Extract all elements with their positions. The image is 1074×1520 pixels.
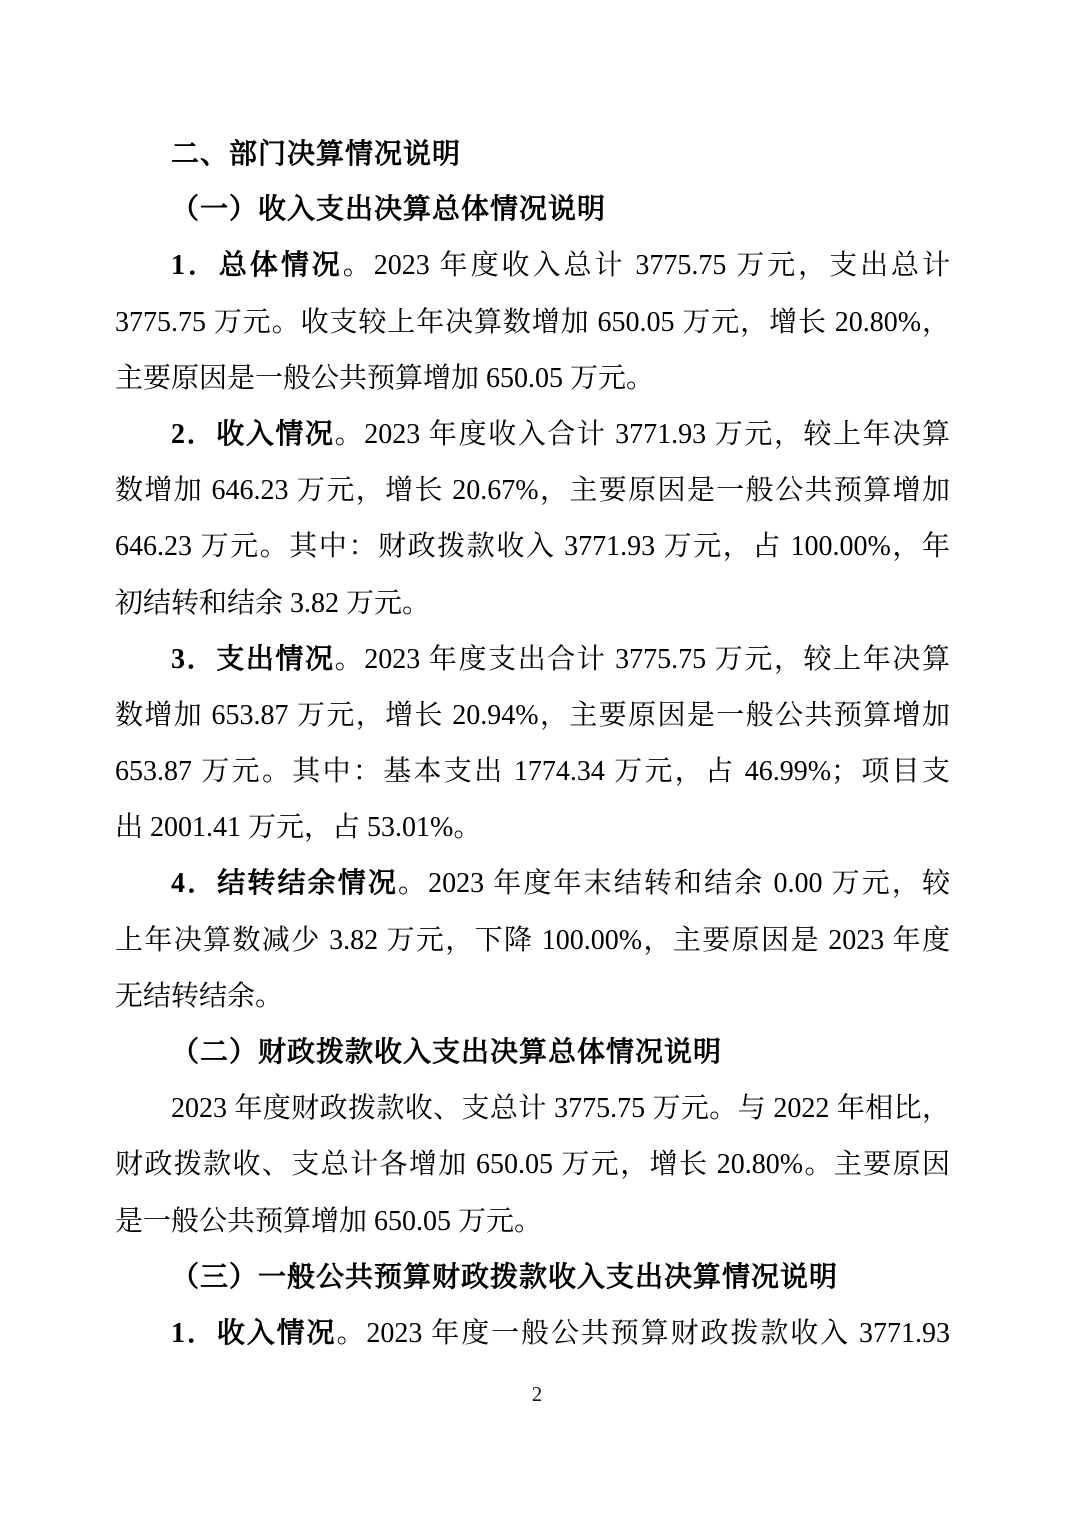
text-line: 653.87 万元。其中：基本支出 1774.34 万元，占 46.99%；项目… (115, 744, 950, 800)
text-run: （二）财政拨款收入支出决算总体情况说明 (171, 1037, 722, 1068)
text-run: 1．总体情况 (171, 250, 343, 281)
text-line: 1．总体情况。2023 年度收入总计 3775.75 万元，支出总计 (115, 238, 950, 294)
text-line: 1．收入情况。2023 年度一般公共预算财政拨款收入 3771.93 (115, 1306, 950, 1362)
text-run: 主要原因是一般公共预算增加 650.05 万元。 (115, 363, 654, 394)
text-run: 2．收入情况 (171, 419, 335, 450)
heading-line: （三）一般公共预算财政拨款收入支出决算情况说明 (115, 1250, 950, 1306)
text-run: （一）收入支出决算总体情况说明 (171, 194, 606, 225)
text-line: 数增加 646.23 万元，增长 20.67%，主要原因是一般公共预算增加 (115, 463, 950, 519)
text-run: 653.87 万元。其中：基本支出 1774.34 万元，占 46.99%；项目… (115, 756, 950, 787)
text-run: 初结转和结余 3.82 万元。 (115, 588, 430, 619)
text-run: 4．结转结余情况 (171, 868, 398, 899)
text-line: 财政拨款收、支总计各增加 650.05 万元，增长 20.80%。主要原因 (115, 1137, 950, 1193)
heading-line: （一）收入支出决算总体情况说明 (115, 182, 950, 238)
text-run: 1．收入情况 (171, 1318, 336, 1349)
text-run: 数增加 653.87 万元，增长 20.94%，主要原因是一般公共预算增加 (115, 700, 950, 731)
text-run: 3．支出情况 (171, 644, 335, 675)
text-run: 。2023 年度一般公共预算财政拨款收入 3771.93 (336, 1318, 950, 1349)
document-page: 二、部门决算情况说明（一）收入支出决算总体情况说明1．总体情况。2023 年度收… (0, 0, 1074, 1520)
text-run: 无结转结余。 (115, 981, 283, 1012)
text-line: 初结转和结余 3.82 万元。 (115, 576, 950, 632)
text-run: 财政拨款收、支总计各增加 650.05 万元，增长 20.80%。主要原因 (115, 1149, 950, 1180)
text-line: 2．收入情况。2023 年度收入合计 3771.93 万元，较上年决算 (115, 407, 950, 463)
text-run: 。2023 年度支出合计 3775.75 万元，较上年决算 (335, 644, 950, 675)
text-line: 646.23 万元。其中：财政拨款收入 3771.93 万元，占 100.00%… (115, 519, 950, 575)
text-line: 出 2001.41 万元，占 53.01%。 (115, 800, 950, 856)
text-run: 数增加 646.23 万元，增长 20.67%，主要原因是一般公共预算增加 (115, 475, 950, 506)
text-run: 二、部门决算情况说明 (171, 138, 461, 169)
heading-line: （二）财政拨款收入支出决算总体情况说明 (115, 1025, 950, 1081)
page-number: 2 (0, 1382, 1074, 1406)
heading-line: 二、部门决算情况说明 (115, 126, 950, 182)
text-run: 上年决算数减少 3.82 万元，下降 100.00%，主要原因是 2023 年度 (115, 925, 950, 956)
text-line: 3．支出情况。2023 年度支出合计 3775.75 万元，较上年决算 (115, 632, 950, 688)
text-run: 2023 年度财政拨款收、支总计 3775.75 万元。与 2022 年相比， (171, 1093, 950, 1124)
text-line: 无结转结余。 (115, 969, 950, 1025)
text-run: （三）一般公共预算财政拨款收入支出决算情况说明 (171, 1262, 838, 1293)
text-run: 。2023 年度年末结转和结余 0.00 万元，较 (398, 868, 950, 899)
text-run: 出 2001.41 万元，占 53.01%。 (115, 812, 481, 843)
text-line: 3775.75 万元。收支较上年决算数增加 650.05 万元，增长 20.80… (115, 295, 950, 351)
text-run: 。2023 年度收入合计 3771.93 万元，较上年决算 (335, 419, 950, 450)
text-line: 上年决算数减少 3.82 万元，下降 100.00%，主要原因是 2023 年度 (115, 913, 950, 969)
text-line: 2023 年度财政拨款收、支总计 3775.75 万元。与 2022 年相比， (115, 1081, 950, 1137)
text-line: 数增加 653.87 万元，增长 20.94%，主要原因是一般公共预算增加 (115, 688, 950, 744)
text-line: 主要原因是一般公共预算增加 650.05 万元。 (115, 351, 950, 407)
text-run: 646.23 万元。其中：财政拨款收入 3771.93 万元，占 100.00%… (115, 531, 950, 562)
text-line: 是一般公共预算增加 650.05 万元。 (115, 1194, 950, 1250)
text-run: 3775.75 万元。收支较上年决算数增加 650.05 万元，增长 20.80… (115, 307, 950, 338)
text-run: 是一般公共预算增加 650.05 万元。 (115, 1206, 542, 1237)
text-run: 。2023 年度收入总计 3775.75 万元，支出总计 (343, 250, 950, 281)
text-line: 4．结转结余情况。2023 年度年末结转和结余 0.00 万元，较 (115, 856, 950, 912)
document-body: 二、部门决算情况说明（一）收入支出决算总体情况说明1．总体情况。2023 年度收… (115, 126, 950, 1362)
